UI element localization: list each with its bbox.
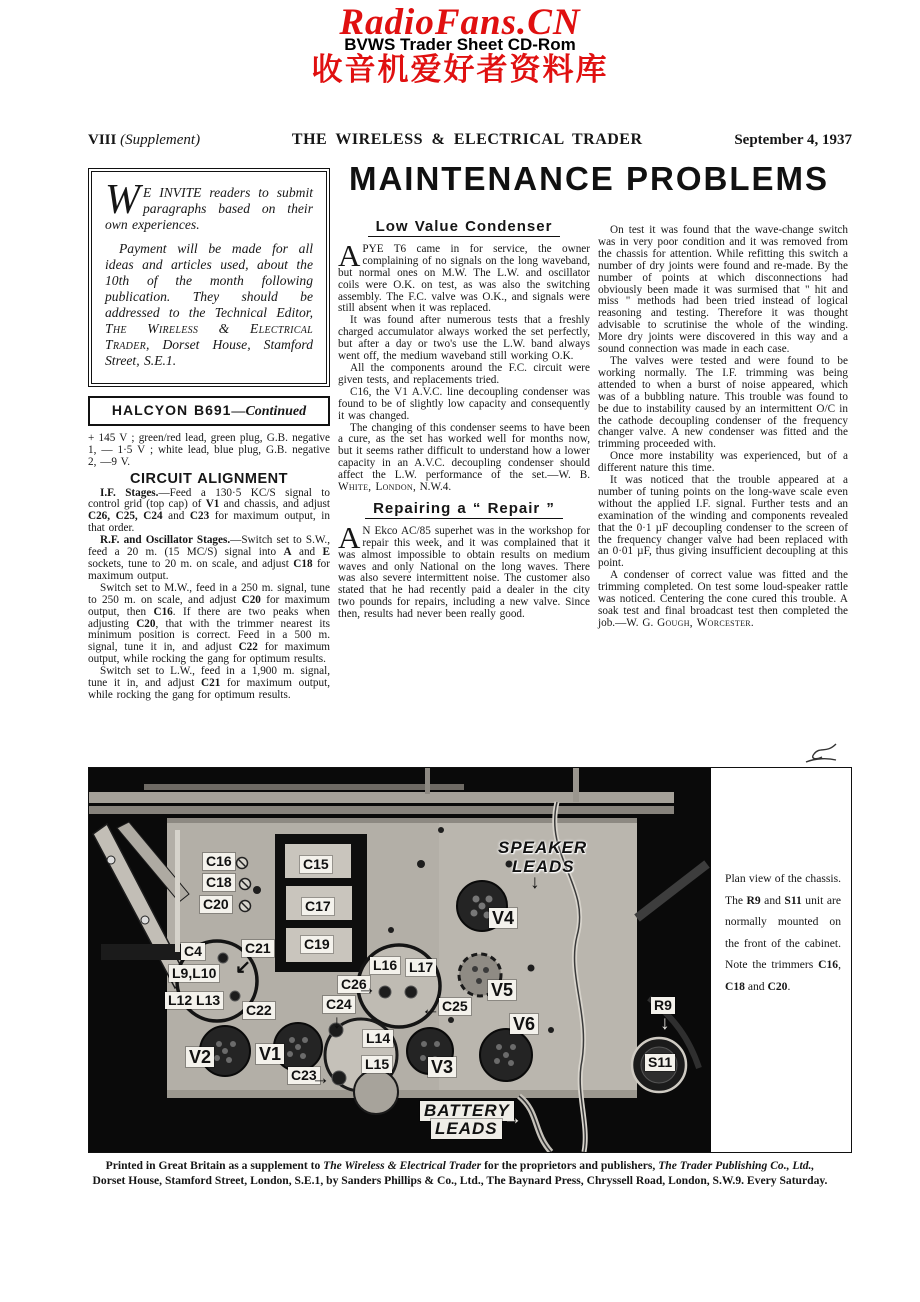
page-title: MAINTENANCE PROBLEMS	[330, 160, 848, 198]
paragraph-if-stages: I.F. Stages.—Feed a 130·5 KC/S signal to…	[88, 488, 330, 536]
watermark-subtitle: BVWS Trader Sheet CD-Rom	[0, 36, 920, 53]
label-v6: V6	[510, 1014, 538, 1034]
label-l15: L15	[362, 1056, 392, 1073]
label-v2: V2	[186, 1047, 214, 1067]
masthead-title: THE WIRELESS & ELECTRICAL TRADER	[292, 131, 643, 149]
middle-column: Low Value Condenser APYE T6 came in for …	[338, 221, 590, 621]
paragraph-mw: Switch set to M.W., feed in a 250 m. sig…	[88, 583, 330, 666]
imprint-line-2: Dorset House, Stamford Street, London, S…	[80, 1174, 840, 1189]
paragraph: Once more instability was experienced, b…	[598, 451, 848, 475]
paragraph: It was noticed that the trouble appeared…	[598, 475, 848, 570]
label-l14: L14	[363, 1030, 393, 1047]
watermark-chinese-text: 收音机爱好者资料库	[0, 54, 920, 85]
arrow-c25: ←	[421, 999, 440, 1021]
label-c19: C19	[301, 936, 333, 953]
paragraph-rf-stages: R.F. and Oscillator Stages.—Switch set t…	[88, 535, 330, 583]
label-v5: V5	[488, 980, 516, 1000]
label-v4: V4	[489, 908, 517, 928]
label-c4: C4	[181, 943, 205, 960]
label-c21: C21	[242, 940, 274, 957]
invite-paragraph-2: Payment will be made for all ideas and a…	[105, 241, 313, 369]
masthead: VIII (Supplement) THE WIRELESS & ELECTRI…	[88, 131, 852, 149]
arrow-c26: →	[357, 978, 376, 1000]
paragraph: APYE T6 came in for service, the owner c…	[338, 244, 590, 315]
label-l9-l10: L9,L10	[169, 965, 219, 982]
masthead-page-number: VIII (Supplement)	[88, 132, 200, 149]
label-v3: V3	[428, 1057, 456, 1077]
halcyon-section-header: HALCYON B691—Continued	[88, 396, 330, 426]
label-r9: R9	[651, 997, 675, 1014]
paragraph: The valves were tested and were found to…	[598, 356, 848, 451]
label-c25: C25	[439, 998, 471, 1015]
article-heading-repairing-a-repair: Repairing a “ Repair ”	[338, 503, 590, 519]
paragraph: On test it was found that the wave-chang…	[598, 225, 848, 356]
masthead-date: September 4, 1937	[734, 132, 852, 149]
label-c17: C17	[302, 898, 334, 915]
paragraph: AN Ekco AC/85 superhet was in the worksh…	[338, 526, 590, 621]
article1-dropcap: A	[338, 244, 362, 267]
left-column: WE INVITE readers to submit paragraphs b…	[88, 168, 330, 702]
paragraph: The changing of this condenser seems to …	[338, 423, 590, 494]
article-heading-low-value-condenser: Low Value Condenser	[338, 221, 590, 237]
label-c20: C20	[200, 896, 232, 913]
arrow-c24: ↓	[332, 1012, 342, 1034]
invite-box: WE INVITE readers to submit paragraphs b…	[88, 168, 330, 387]
label-l17: L17	[406, 959, 436, 976]
invite-paragraph-1: WE INVITE readers to submit paragraphs b…	[105, 185, 313, 233]
label-s11: S11	[645, 1054, 675, 1071]
imprint-footer: Printed in Great Britain as a supplement…	[80, 1159, 840, 1188]
pen-squiggle-mark	[796, 740, 840, 766]
arrow-r9: ↓	[660, 1013, 670, 1035]
arrow-c23: →	[311, 1068, 330, 1090]
label-c24: C24	[323, 996, 355, 1013]
photo-caption-panel: Plan view of the chassis. The R9 and S11…	[711, 768, 851, 1152]
label-speaker-leads: SPEAKER	[498, 838, 587, 858]
arrow-speaker: ↓	[530, 872, 540, 894]
article2-dropcap: A	[338, 526, 362, 549]
label-c18: C18	[203, 874, 235, 891]
paragraph-halcyon-intro: + 145 V ; green/red lead, green plug, G.…	[88, 433, 330, 469]
label-battery-leads: LEADS	[431, 1119, 502, 1139]
magazine-page: RadioFans.CN BVWS Trader Sheet CD-Rom 收音…	[0, 0, 920, 1302]
watermark-header: RadioFans.CN BVWS Trader Sheet CD-Rom 收音…	[0, 4, 920, 85]
label-c15: C15	[300, 856, 332, 873]
label-l16: L16	[370, 957, 400, 974]
arrow-c21: ↙	[235, 956, 251, 979]
arrow-battery: →	[503, 1108, 522, 1130]
chassis-photo-figure: C16C18C20C15C17C19C4C21↙L9,L10L12 L13C22…	[88, 767, 852, 1153]
paragraph: It was found after numerous tests that a…	[338, 315, 590, 363]
label-l12-l13: L12 L13	[165, 992, 223, 1009]
label-c22: C22	[243, 1002, 275, 1019]
photo-caption: Plan view of the chassis. The R9 and S11…	[725, 868, 841, 997]
label-battery-leads: BATTERY	[420, 1101, 514, 1121]
right-column: On test it was found that the wave-chang…	[598, 225, 848, 630]
label-c16: C16	[203, 853, 235, 870]
invite-dropcap: W	[105, 185, 143, 215]
label-v1: V1	[256, 1044, 284, 1064]
paragraph-lw: Switch set to L.W., feed in a 1,900 m. s…	[88, 666, 330, 702]
paragraph: A condenser of correct value was fitted …	[598, 570, 848, 630]
imprint-line-1: Printed in Great Britain as a supplement…	[80, 1159, 840, 1174]
paragraph: C16, the V1 A.V.C. line decoupling conde…	[338, 387, 590, 423]
circuit-alignment-heading: CIRCUIT ALIGNMENT	[88, 474, 330, 486]
paragraph: All the components around the F.C. circu…	[338, 363, 590, 387]
label-speaker-leads: LEADS	[512, 857, 575, 877]
